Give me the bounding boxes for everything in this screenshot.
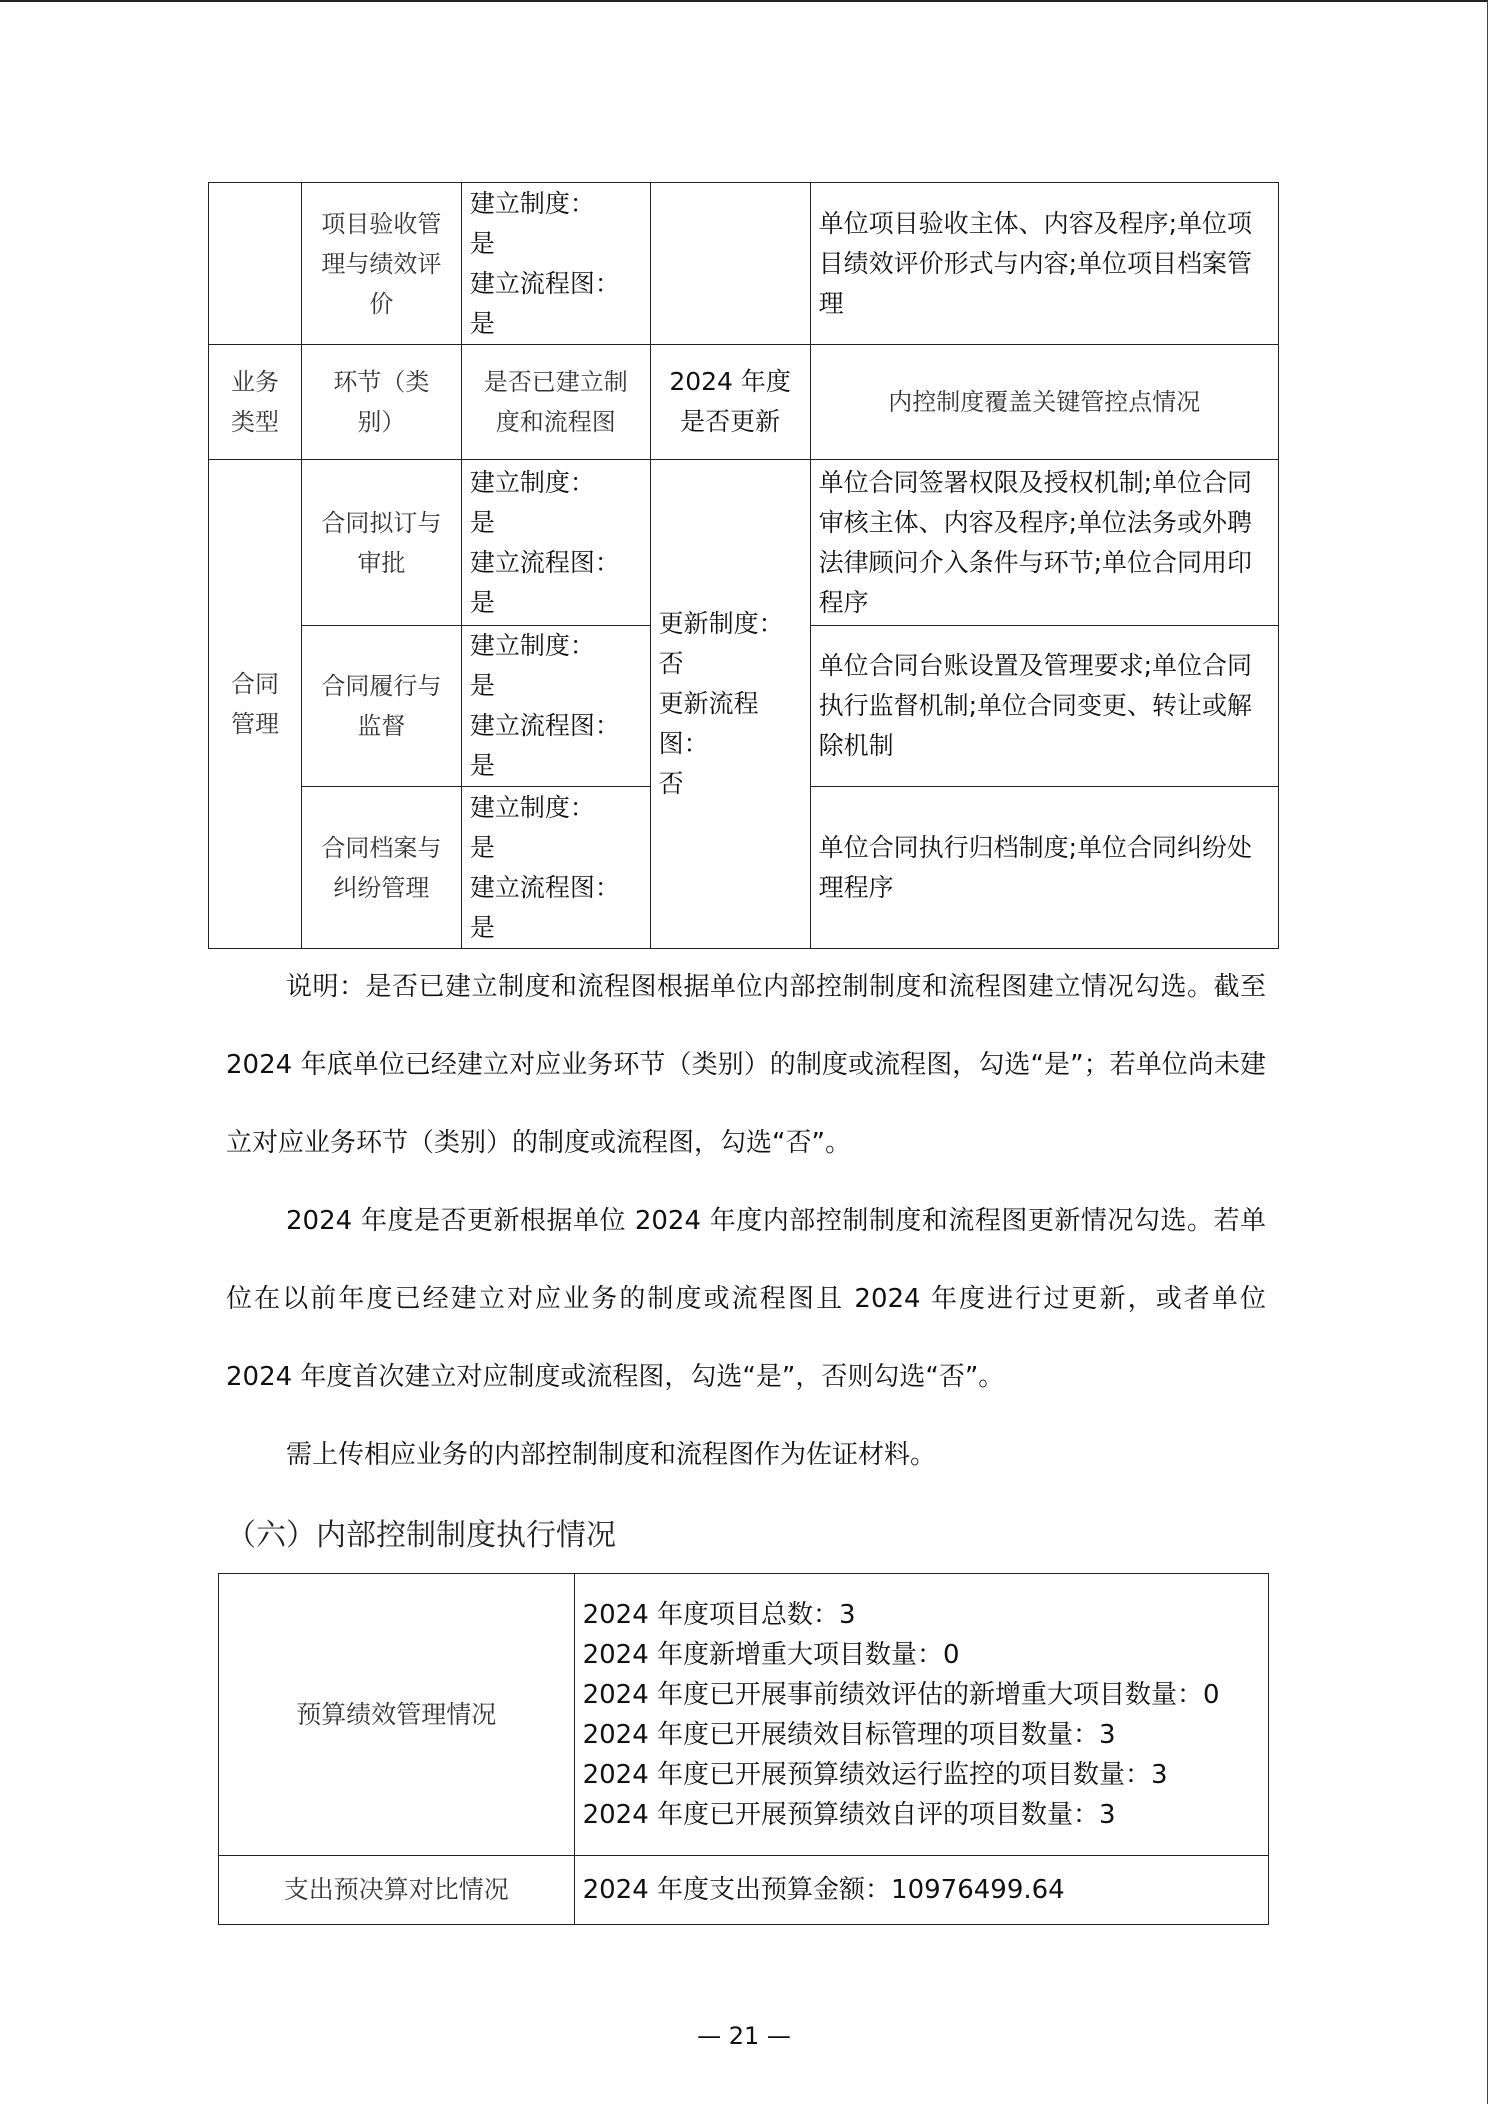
header-updated: 2024 年度是否更新 [650,345,810,460]
established-line: 建立制度： [470,463,646,503]
value-line: 2024 年度已开展预算绩效自评的项目数量：3 [583,1795,1268,1835]
header-established: 是否已建立制度和流程图 [461,345,650,460]
row-label: 支出预决算对比情况 [219,1856,575,1925]
established-line: 建立流程图： [470,706,646,746]
note-paragraph-1: 说明：是否已建立制度和流程图根据单位内部控制制度和流程图建立情况勾选。截至 20… [226,948,1266,1182]
coverage-cell: 单位项目验收主体、内容及程序;单位项目绩效评价形式与内容;单位项目档案管理 [810,183,1278,345]
established-line: 是 [470,224,646,264]
row-values: 2024 年度项目总数：3 2024 年度新增重大项目数量：0 2024 年度已… [574,1574,1268,1856]
link-cell: 合同档案与纠纷管理 [301,787,461,949]
coverage-cell: 单位合同签署权限及授权机制;单位合同审核主体、内容及程序;单位法务或外聘法律顾问… [810,460,1278,626]
value-line: 2024 年度已开展事前绩效评估的新增重大项目数量：0 [583,1675,1268,1715]
established-cell: 建立制度： 是 建立流程图： 是 [461,787,650,949]
page-number: — 21 — [0,2022,1488,2050]
execution-table: 预算绩效管理情况 2024 年度项目总数：3 2024 年度新增重大项目数量：0… [218,1573,1269,1925]
value-line: 2024 年度项目总数：3 [583,1595,1268,1635]
established-line: 是 [470,828,646,868]
section-title: （六）内部控制制度执行情况 [226,1510,616,1554]
updated-line: 否 [659,644,806,684]
type-cell [209,183,302,345]
established-line: 是 [470,908,646,948]
value-line: 2024 年度已开展绩效目标管理的项目数量：3 [583,1715,1268,1755]
established-cell: 建立制度： 是 建立流程图： 是 [461,183,650,345]
link-cell: 项目验收管理与绩效评价 [301,183,461,345]
updated-cell-contract: 更新制度： 否 更新流程 图： 否 [650,460,810,949]
value-line: 2024 年度新增重大项目数量：0 [583,1635,1268,1675]
internal-control-table: 项目验收管理与绩效评价 建立制度： 是 建立流程图： 是 单位项目验收主体、内容… [208,182,1279,949]
established-line: 建立制度： [470,184,646,224]
updated-line: 图： [659,724,806,764]
coverage-cell: 单位合同台账设置及管理要求;单位合同执行监督机制;单位合同变更、转让或解除机制 [810,626,1278,787]
updated-line: 更新流程 [659,684,806,724]
row-label: 预算绩效管理情况 [219,1574,575,1856]
row-values: 2024 年度支出预算金额：10976499.64 [574,1856,1268,1925]
table-row: 项目验收管理与绩效评价 建立制度： 是 建立流程图： 是 单位项目验收主体、内容… [209,183,1279,345]
established-line: 建立制度： [470,788,646,828]
established-line: 是 [470,503,646,543]
established-line: 是 [470,304,646,344]
updated-line: 更新制度： [659,604,806,644]
established-cell: 建立制度： 是 建立流程图： 是 [461,460,650,626]
value-line: 2024 年度支出预算金额：10976499.64 [583,1870,1268,1910]
established-line: 是 [470,583,646,623]
established-line: 建立流程图： [470,543,646,583]
type-cell-contract: 合同管理 [209,460,302,949]
header-link: 环节（类别） [301,345,461,460]
header-type: 业务类型 [209,345,302,460]
link-cell: 合同拟订与审批 [301,460,461,626]
table-row: 预算绩效管理情况 2024 年度项目总数：3 2024 年度新增重大项目数量：0… [219,1574,1269,1856]
table-row: 支出预决算对比情况 2024 年度支出预算金额：10976499.64 [219,1856,1269,1925]
table-row: 合同管理 合同拟订与审批 建立制度： 是 建立流程图： 是 更新制度： 否 更新… [209,460,1279,626]
updated-cell [650,183,810,345]
header-coverage: 内控制度覆盖关键管控点情况 [810,345,1278,460]
coverage-cell: 单位合同执行归档制度;单位合同纠纷处理程序 [810,787,1278,949]
table-header-row: 业务类型 环节（类别） 是否已建立制度和流程图 2024 年度是否更新 内控制度… [209,345,1279,460]
established-line: 是 [470,746,646,786]
established-line: 是 [470,666,646,706]
note-paragraph-3: 需上传相应业务的内部控制制度和流程图作为佐证材料。 [226,1416,1266,1494]
established-line: 建立流程图： [470,264,646,304]
note-paragraph-2: 2024 年度是否更新根据单位 2024 年度内部控制制度和流程图更新情况勾选。… [226,1182,1266,1416]
updated-line: 否 [659,764,806,804]
established-line: 建立制度： [470,626,646,666]
established-line: 建立流程图： [470,868,646,908]
value-line: 2024 年度已开展预算绩效运行监控的项目数量：3 [583,1755,1268,1795]
established-cell: 建立制度： 是 建立流程图： 是 [461,626,650,787]
link-cell: 合同履行与监督 [301,626,461,787]
